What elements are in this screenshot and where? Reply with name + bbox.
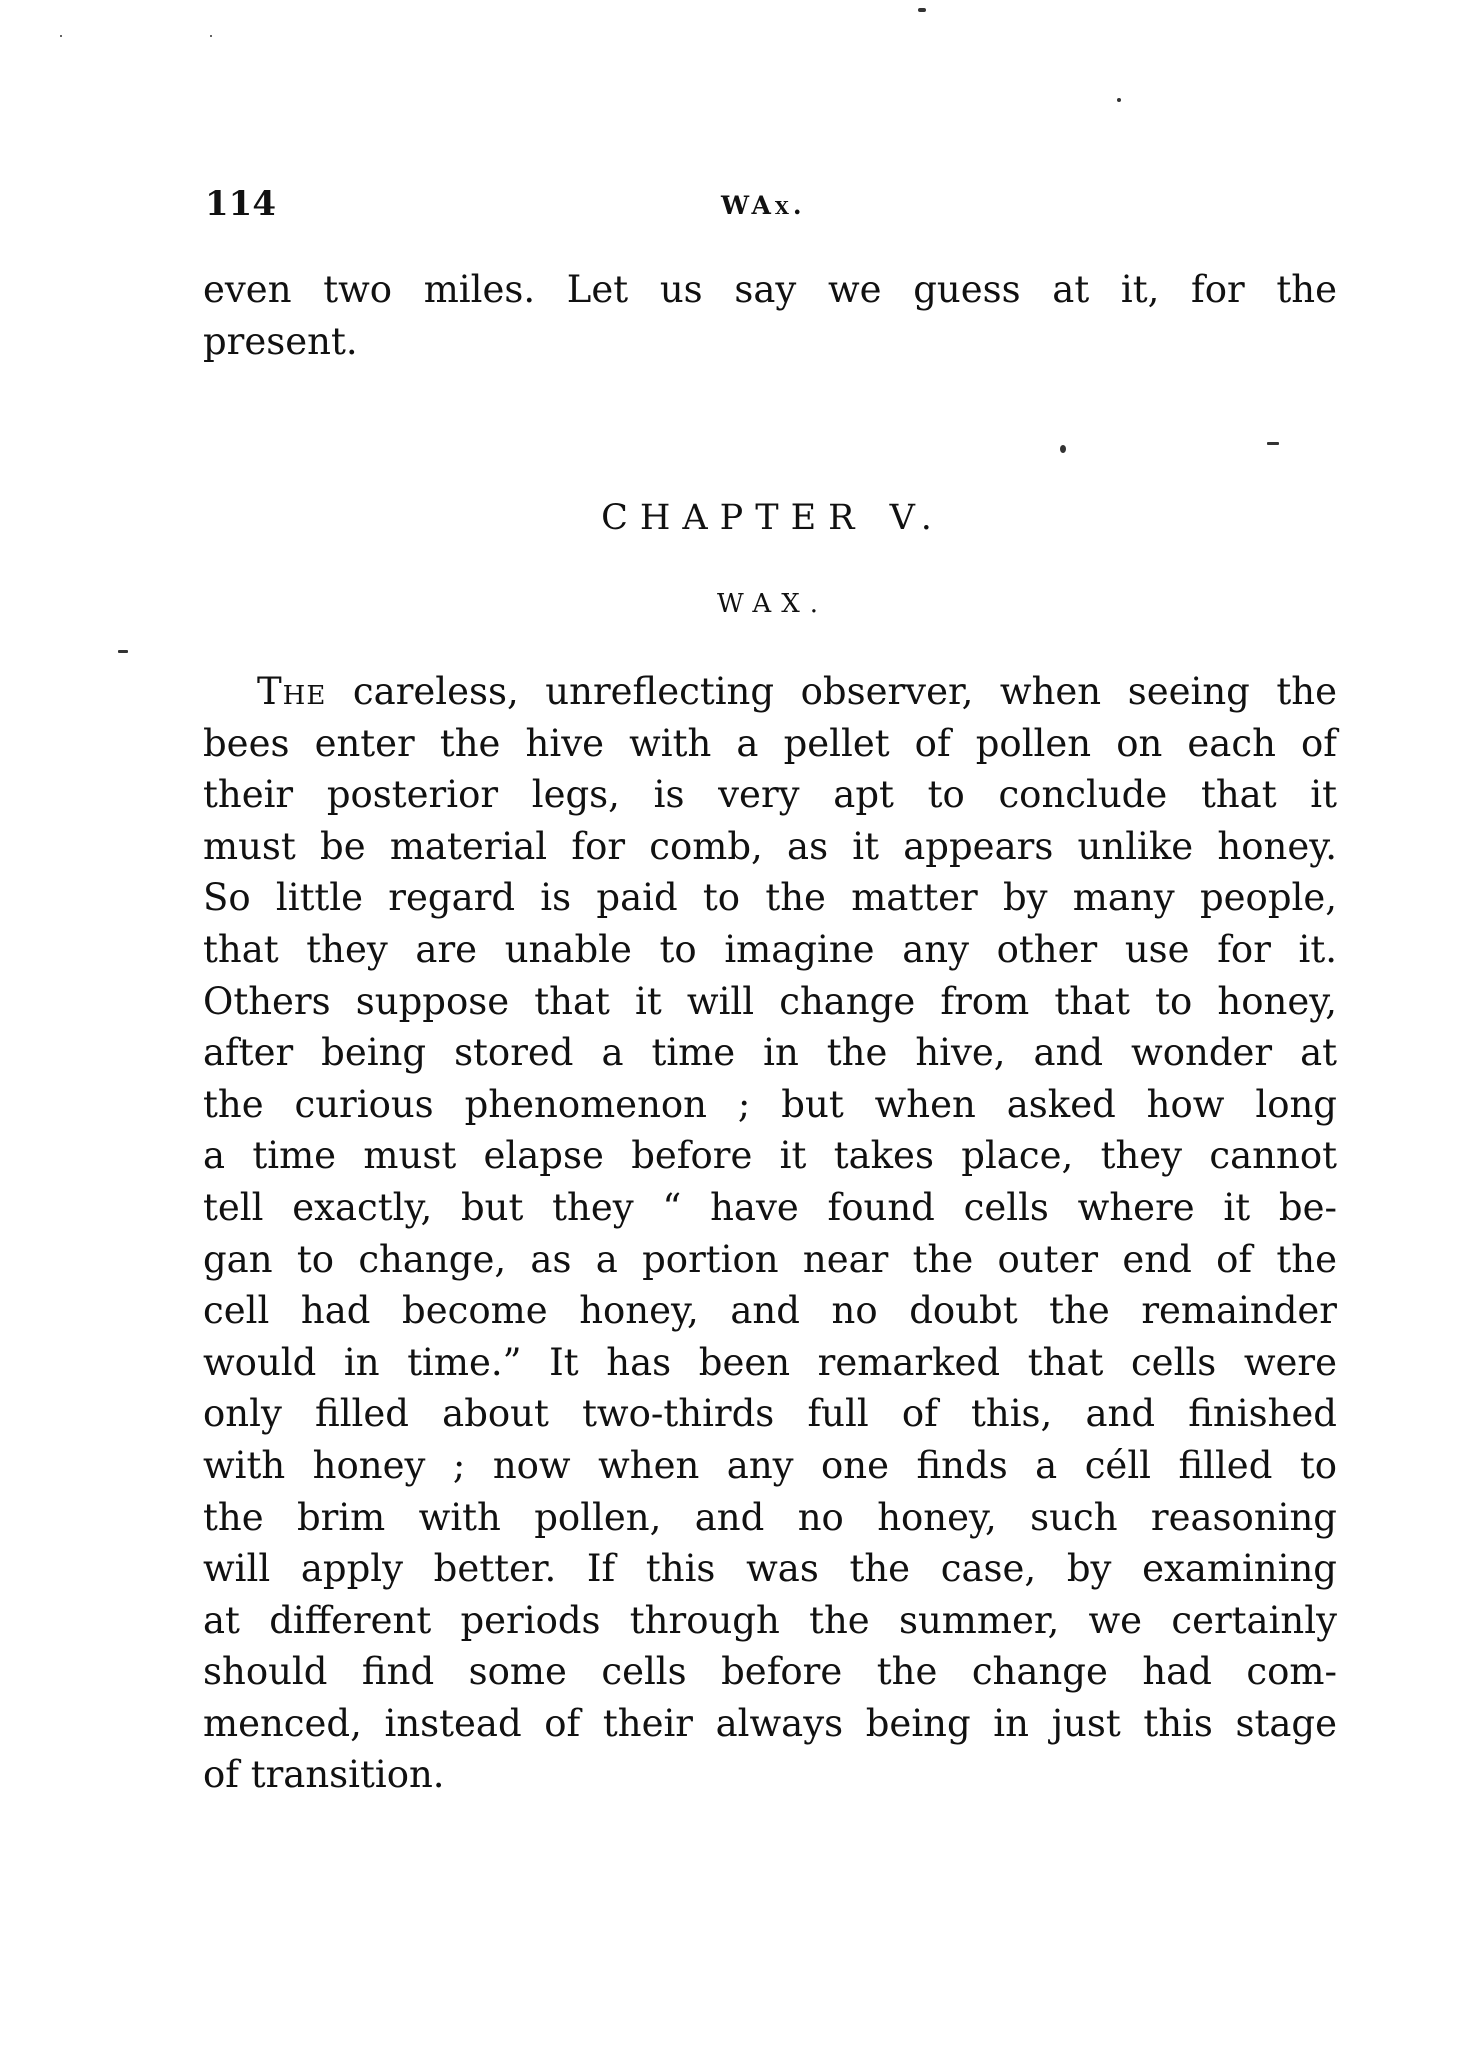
- text-line: menced, instead of their always being in…: [203, 1698, 1337, 1750]
- scan-speck: [118, 650, 128, 653]
- text-line: with honey ; now when any one finds a cé…: [203, 1440, 1337, 1492]
- running-title: WAx.: [721, 186, 806, 226]
- page-number: 114: [205, 184, 276, 224]
- text-line: Others suppose that it will change from …: [203, 976, 1337, 1028]
- text-line: even two miles. Let us say we guess at i…: [203, 264, 1337, 316]
- scan-speck: [918, 8, 926, 12]
- text-line: of transition.: [203, 1749, 1337, 1801]
- text-line: their posterior legs, is very apt to con…: [203, 769, 1337, 821]
- text-line: should find some cells before the change…: [203, 1646, 1337, 1698]
- scan-speck: [60, 35, 62, 37]
- text-line: that they are unable to imagine any othe…: [203, 924, 1337, 976]
- first-line-text: careless, unreflecting observer, when se…: [326, 670, 1337, 713]
- text-line: will apply better. If this was the case,…: [203, 1543, 1337, 1595]
- scan-speck: [1060, 445, 1066, 453]
- drop-word: The: [257, 670, 326, 713]
- text-line: present.: [203, 316, 1337, 368]
- book-page: 114 WAx. even two miles. Let us say we g…: [0, 0, 1465, 2072]
- scan-speck: [210, 35, 212, 37]
- continuation-paragraph: even two miles. Let us say we guess at i…: [203, 264, 1337, 367]
- text-line: bees enter the hive with a pellet of pol…: [203, 718, 1337, 770]
- text-line: after being stored a time in the hive, a…: [203, 1027, 1337, 1079]
- text-line: the brim with pollen, and no honey, such…: [203, 1492, 1337, 1544]
- text-line: cell had become honey, and no doubt the …: [203, 1285, 1337, 1337]
- running-head: 114 WAx.: [203, 184, 1337, 224]
- text-line: only filled about two-thirds full of thi…: [203, 1388, 1337, 1440]
- scan-speck: [1267, 442, 1279, 445]
- text-line: tell exactly, but they “ have found cell…: [203, 1182, 1337, 1234]
- chapter-heading: CHAPTER V.: [0, 496, 1465, 540]
- text-line: at different periods through the summer,…: [203, 1595, 1337, 1647]
- body-paragraph: The careless, unreflecting observer, whe…: [203, 666, 1337, 1801]
- text-line: gan to change, as a portion near the out…: [203, 1234, 1337, 1286]
- text-line: would in time.” It has been remarked tha…: [203, 1337, 1337, 1389]
- text-line: the curious phenomenon ; but when asked …: [203, 1079, 1337, 1131]
- scan-speck: [1117, 98, 1121, 102]
- text-line: a time must elapse before it takes place…: [203, 1130, 1337, 1182]
- text-line: must be material for comb, as it appears…: [203, 821, 1337, 873]
- text-line-first: The careless, unreflecting observer, whe…: [203, 666, 1337, 718]
- text-line: So little regard is paid to the matter b…: [203, 872, 1337, 924]
- chapter-subtitle: WAX.: [0, 588, 1465, 620]
